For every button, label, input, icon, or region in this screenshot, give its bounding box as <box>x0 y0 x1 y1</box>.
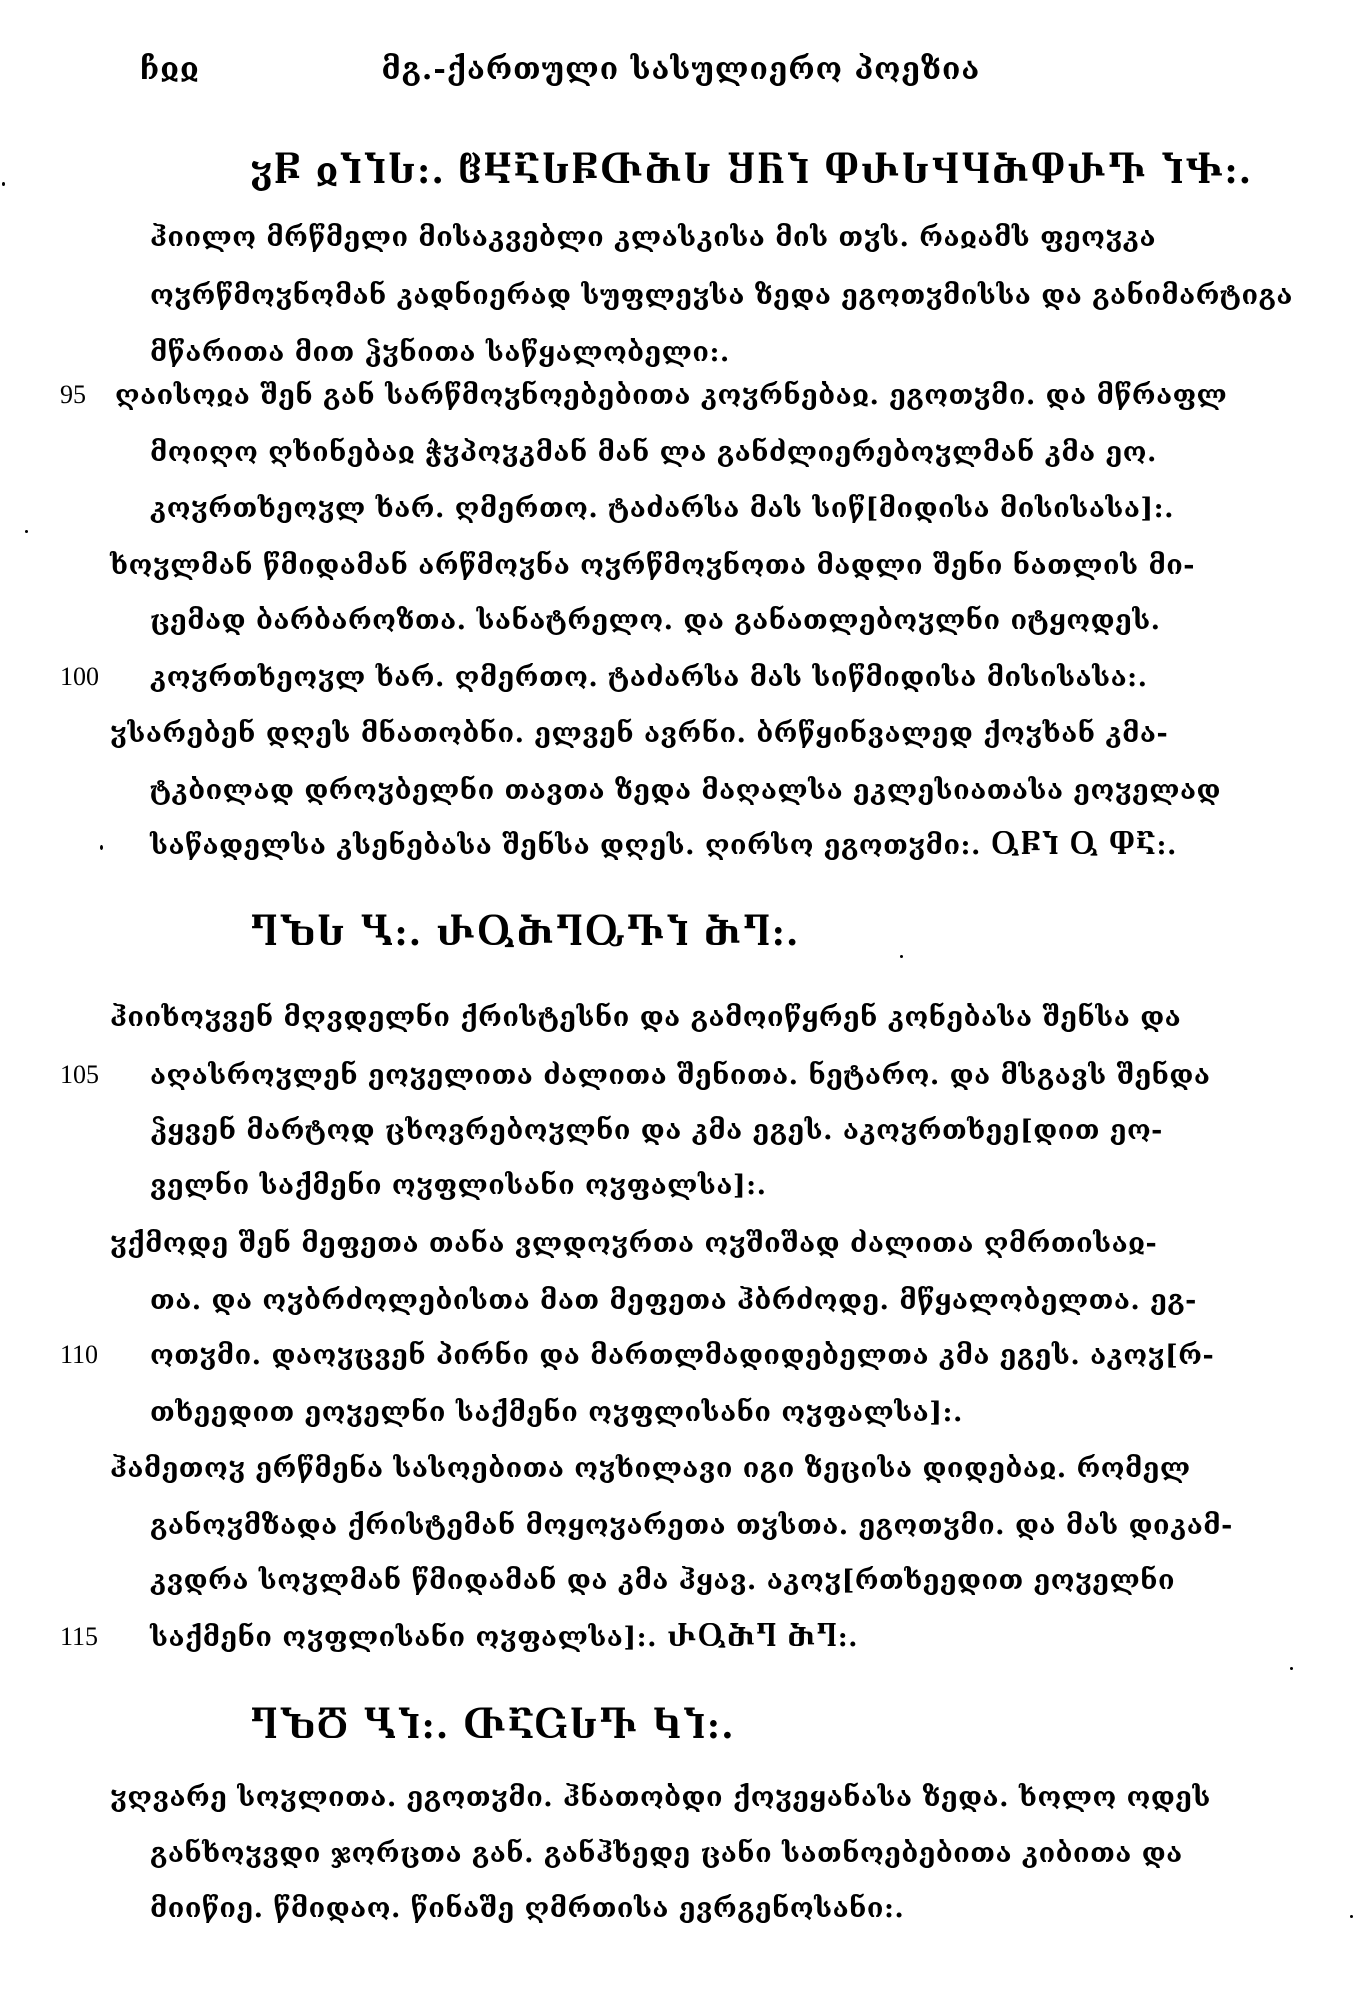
text-line: მიიწიე. წმიდაო. წინაშე ღმრთისა ევრგენოსა… <box>150 1893 904 1924</box>
line-number: 105 <box>60 1060 99 1090</box>
text-line: ოჳრწმოჳნომან კადნიერად სუფლეჳსა ზედა ეგო… <box>150 280 1293 311</box>
text-line: თხეედით ეოჳელნი საქმენი ოჳფლისანი ოჳფალს… <box>150 1397 963 1428</box>
text-line: აღასროჳლენ ეოჳელითა ძალითა შენითა. ნეტარ… <box>150 1060 1210 1091</box>
text-line: ხოჳლმან წმიდამან არწმოჳნა ოჳრწმოჳნოთა მა… <box>110 550 1195 581</box>
text-line: მოიღო ღხინებაჲ ჭჳპოჳკმან მან ლა განძლიერ… <box>150 437 1157 468</box>
text-line: ველნი საქმენი ოჳფლისანი ოჳფალსა]:. <box>150 1170 767 1201</box>
text-line: ჳქმოდე შენ მეფეთა თანა ვლდოჳრთა ოჳშიშად … <box>110 1228 1157 1259</box>
section-heading: ႤႦႣ ႡႨ:. ႧႠႺႱႥ ႩႨ:. <box>250 1705 735 1747</box>
text-line: ჰამეთოჳ ერწმენა სასოებითა ოჳხილავი იგი ზ… <box>110 1453 1191 1484</box>
running-title: მგ.-ქართული სასულიერო პოეზია <box>381 52 980 87</box>
scan-speck <box>1290 1667 1293 1670</box>
text-line: თა. და ოჳბრძოლებისთა მათ მეფეთა ჰბრძოდე.… <box>150 1285 1197 1316</box>
text-line: კოჳრთხეოჳლ ხარ. ღმერთო. ტაძარსა მას სიწმ… <box>150 662 1147 693</box>
section-heading: ჳႼ ჲႨႨႱ:. ჱႾႠႱႼႧႫႱ ႸႬႨ ႴႰႱჃႷႫႴႰႥ ႨႵ:. <box>250 150 1252 192</box>
text-line: ცემად ბარბაროზთა. სანატრელო. და განათლებ… <box>150 605 1161 636</box>
text-line: ჰიიხოჳვენ მღვდელნი ქრისტესნი და გამოიწყრ… <box>110 1002 1181 1033</box>
text-line: კოჳრთხეოჳლ ხარ. ღმერთო. ტაძარსა მას სიწ[… <box>150 493 1174 524</box>
scan-speck <box>1350 1915 1353 1918</box>
line-number: 115 <box>60 1622 98 1652</box>
text-line: განხოჳვდი ჯორცთა გან. განჰხედე ცანი სათნ… <box>150 1838 1183 1869</box>
text-line: მწარითა მით ჴჳნითა საწყალობელი:. <box>150 337 730 368</box>
running-head: ჩჲჲ მგ.-ქართული სასულიერო პოეზია <box>140 52 980 87</box>
section-heading: ႤႦႱ Ⴁ:. ႰႳႫႤႭႥႨ ႫႤ:. <box>250 912 799 954</box>
scan-speck <box>100 845 103 850</box>
text-line: საქმენი ოჳფლისანი ოჳფალსა]:. ႰႳႫႤ ႫႤ:. <box>150 1622 858 1653</box>
text-line: საწადელსა კსენებასა შენსა დღეს. ღირსო ეგ… <box>150 830 1177 861</box>
text-line: ჴყვენ მარტოდ ცხოვრებოჳლნი და კმა ეგეს. ა… <box>150 1115 1163 1146</box>
scan-speck <box>900 955 903 958</box>
line-number: 95 <box>60 380 86 410</box>
scan-speck <box>25 530 28 533</box>
scanned-page: ჩჲჲ მგ.-ქართული სასულიერო პოეზია ჳႼ ჲႨႨႱ… <box>0 0 1364 1999</box>
text-line: ოთჳმი. დაოჳცვენ პირნი და მართლმადიდებელთ… <box>150 1340 1214 1371</box>
text-line: განოჳმზადა ქრისტემან მოყოჳარეთა თჳსთა. ე… <box>150 1510 1233 1541</box>
text-line: ჰიილო მრწმელი მისაკვებლი კლასკისა მის თჳ… <box>150 222 1156 253</box>
text-line: ტკბილად დროჳბელნი თავთა ზედა მაღალსა ეკლ… <box>150 775 1221 806</box>
line-number: 100 <box>60 662 99 692</box>
text-line: ჳსარებენ დღეს მნათობნი. ელვენ ავრნი. ბრწ… <box>110 718 1168 749</box>
text-line: ჳღვარე სოჳლითა. ეგოთჳმი. ჰნათობდი ქოჳეყა… <box>110 1782 1211 1813</box>
folio-number: ჩჲჲ <box>140 52 370 87</box>
scan-speck <box>2 182 5 186</box>
text-line: ღაისოჲა შენ გან სარწმოჳნოებებითა კოჳრნებ… <box>115 380 1227 411</box>
text-line: კვდრა სოჳლმან წმიდამან და კმა ჰყავ. აკოჳ… <box>150 1565 1175 1596</box>
line-number: 110 <box>60 1340 98 1370</box>
